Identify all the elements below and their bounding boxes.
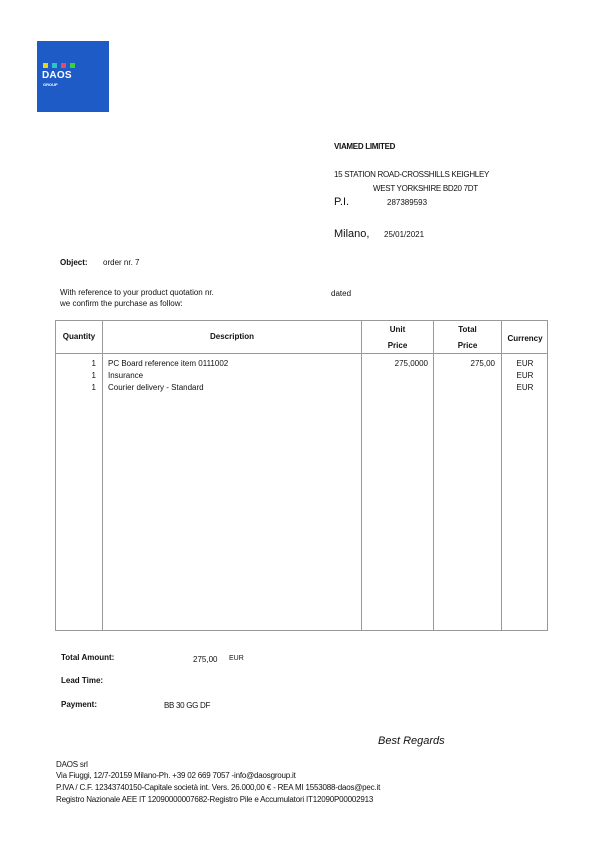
payment-label: Payment:	[61, 700, 97, 709]
reference-line1: With reference to your product quotation…	[60, 288, 214, 297]
cell-description: PC Board reference item 0111002	[108, 358, 358, 370]
pi-value: 287389593	[387, 198, 427, 207]
cell-description: Courier delivery - Standard	[108, 382, 358, 394]
logo-dots	[43, 63, 75, 68]
total-amount-currency: EUR	[229, 655, 244, 662]
cell-quantity: 1	[56, 382, 96, 394]
total-amount-label: Total Amount:	[61, 653, 114, 662]
header-total-price: Total Price	[434, 323, 501, 353]
recipient-name: VIAMED LIMITED	[334, 142, 395, 151]
footer-company: DAOS srl	[56, 760, 88, 769]
logo-brand: DAOS	[42, 70, 72, 81]
header-unit-price-line1: Unit	[362, 323, 433, 337]
document-date: 25/01/2021	[384, 230, 424, 239]
cell-unit-price: 275,0000	[362, 358, 428, 370]
logo-dot-cyan	[52, 63, 57, 68]
logo-subtitle: GROUP	[43, 82, 58, 87]
header-divider	[56, 353, 547, 354]
logo-dot-yellow	[43, 63, 48, 68]
cell-total-price: 275,00	[434, 358, 495, 370]
cell-quantity: 1	[56, 358, 96, 370]
payment-value: BB 30 GG DF	[164, 701, 210, 710]
recipient-address-line1: 15 STATION ROAD-CROSSHILLS KEIGHLEY	[334, 170, 489, 179]
cell-description: Insurance	[108, 370, 358, 382]
cell-quantity: 1	[56, 370, 96, 382]
cell-currency: EUR	[502, 382, 548, 394]
logo-dot-green	[70, 63, 75, 68]
header-total-price-line1: Total	[434, 323, 501, 337]
city: Milano,	[334, 228, 369, 240]
footer-registry: Registro Nazionale AEE IT 12090000007682…	[56, 795, 373, 804]
dated-label: dated	[331, 289, 351, 298]
column-divider	[102, 321, 103, 630]
header-unit-price-line2: Price	[362, 339, 433, 353]
footer-vat: P.IVA / C.F. 12343740150-Capitale societ…	[56, 783, 380, 792]
object-label: Object:	[60, 258, 88, 267]
cell-currency: EUR	[502, 358, 548, 370]
header-quantity: Quantity	[56, 330, 102, 344]
pi-label: P.I.	[334, 196, 349, 208]
footer-address: Via Fiuggi, 12/7-20159 Milano-Ph. +39 02…	[56, 771, 296, 780]
recipient-address-line2: WEST YORKSHIRE BD20 7DT	[373, 184, 478, 193]
header-unit-price: Unit Price	[362, 323, 433, 353]
reference-line2: we confirm the purchase as follow:	[60, 299, 183, 308]
company-logo: DAOS GROUP	[37, 41, 109, 112]
object-value: order nr. 7	[103, 258, 139, 267]
header-total-price-line2: Price	[434, 339, 501, 353]
total-amount-value: 275,00	[193, 655, 217, 664]
cell-currency: EUR	[502, 370, 548, 382]
logo-dot-red	[61, 63, 66, 68]
order-table: Quantity Description Unit Price Total Pr…	[55, 320, 548, 631]
header-description: Description	[103, 330, 361, 344]
lead-time-label: Lead Time:	[61, 676, 103, 685]
header-currency: Currency	[502, 332, 548, 346]
closing-regards: Best Regards	[378, 735, 445, 747]
